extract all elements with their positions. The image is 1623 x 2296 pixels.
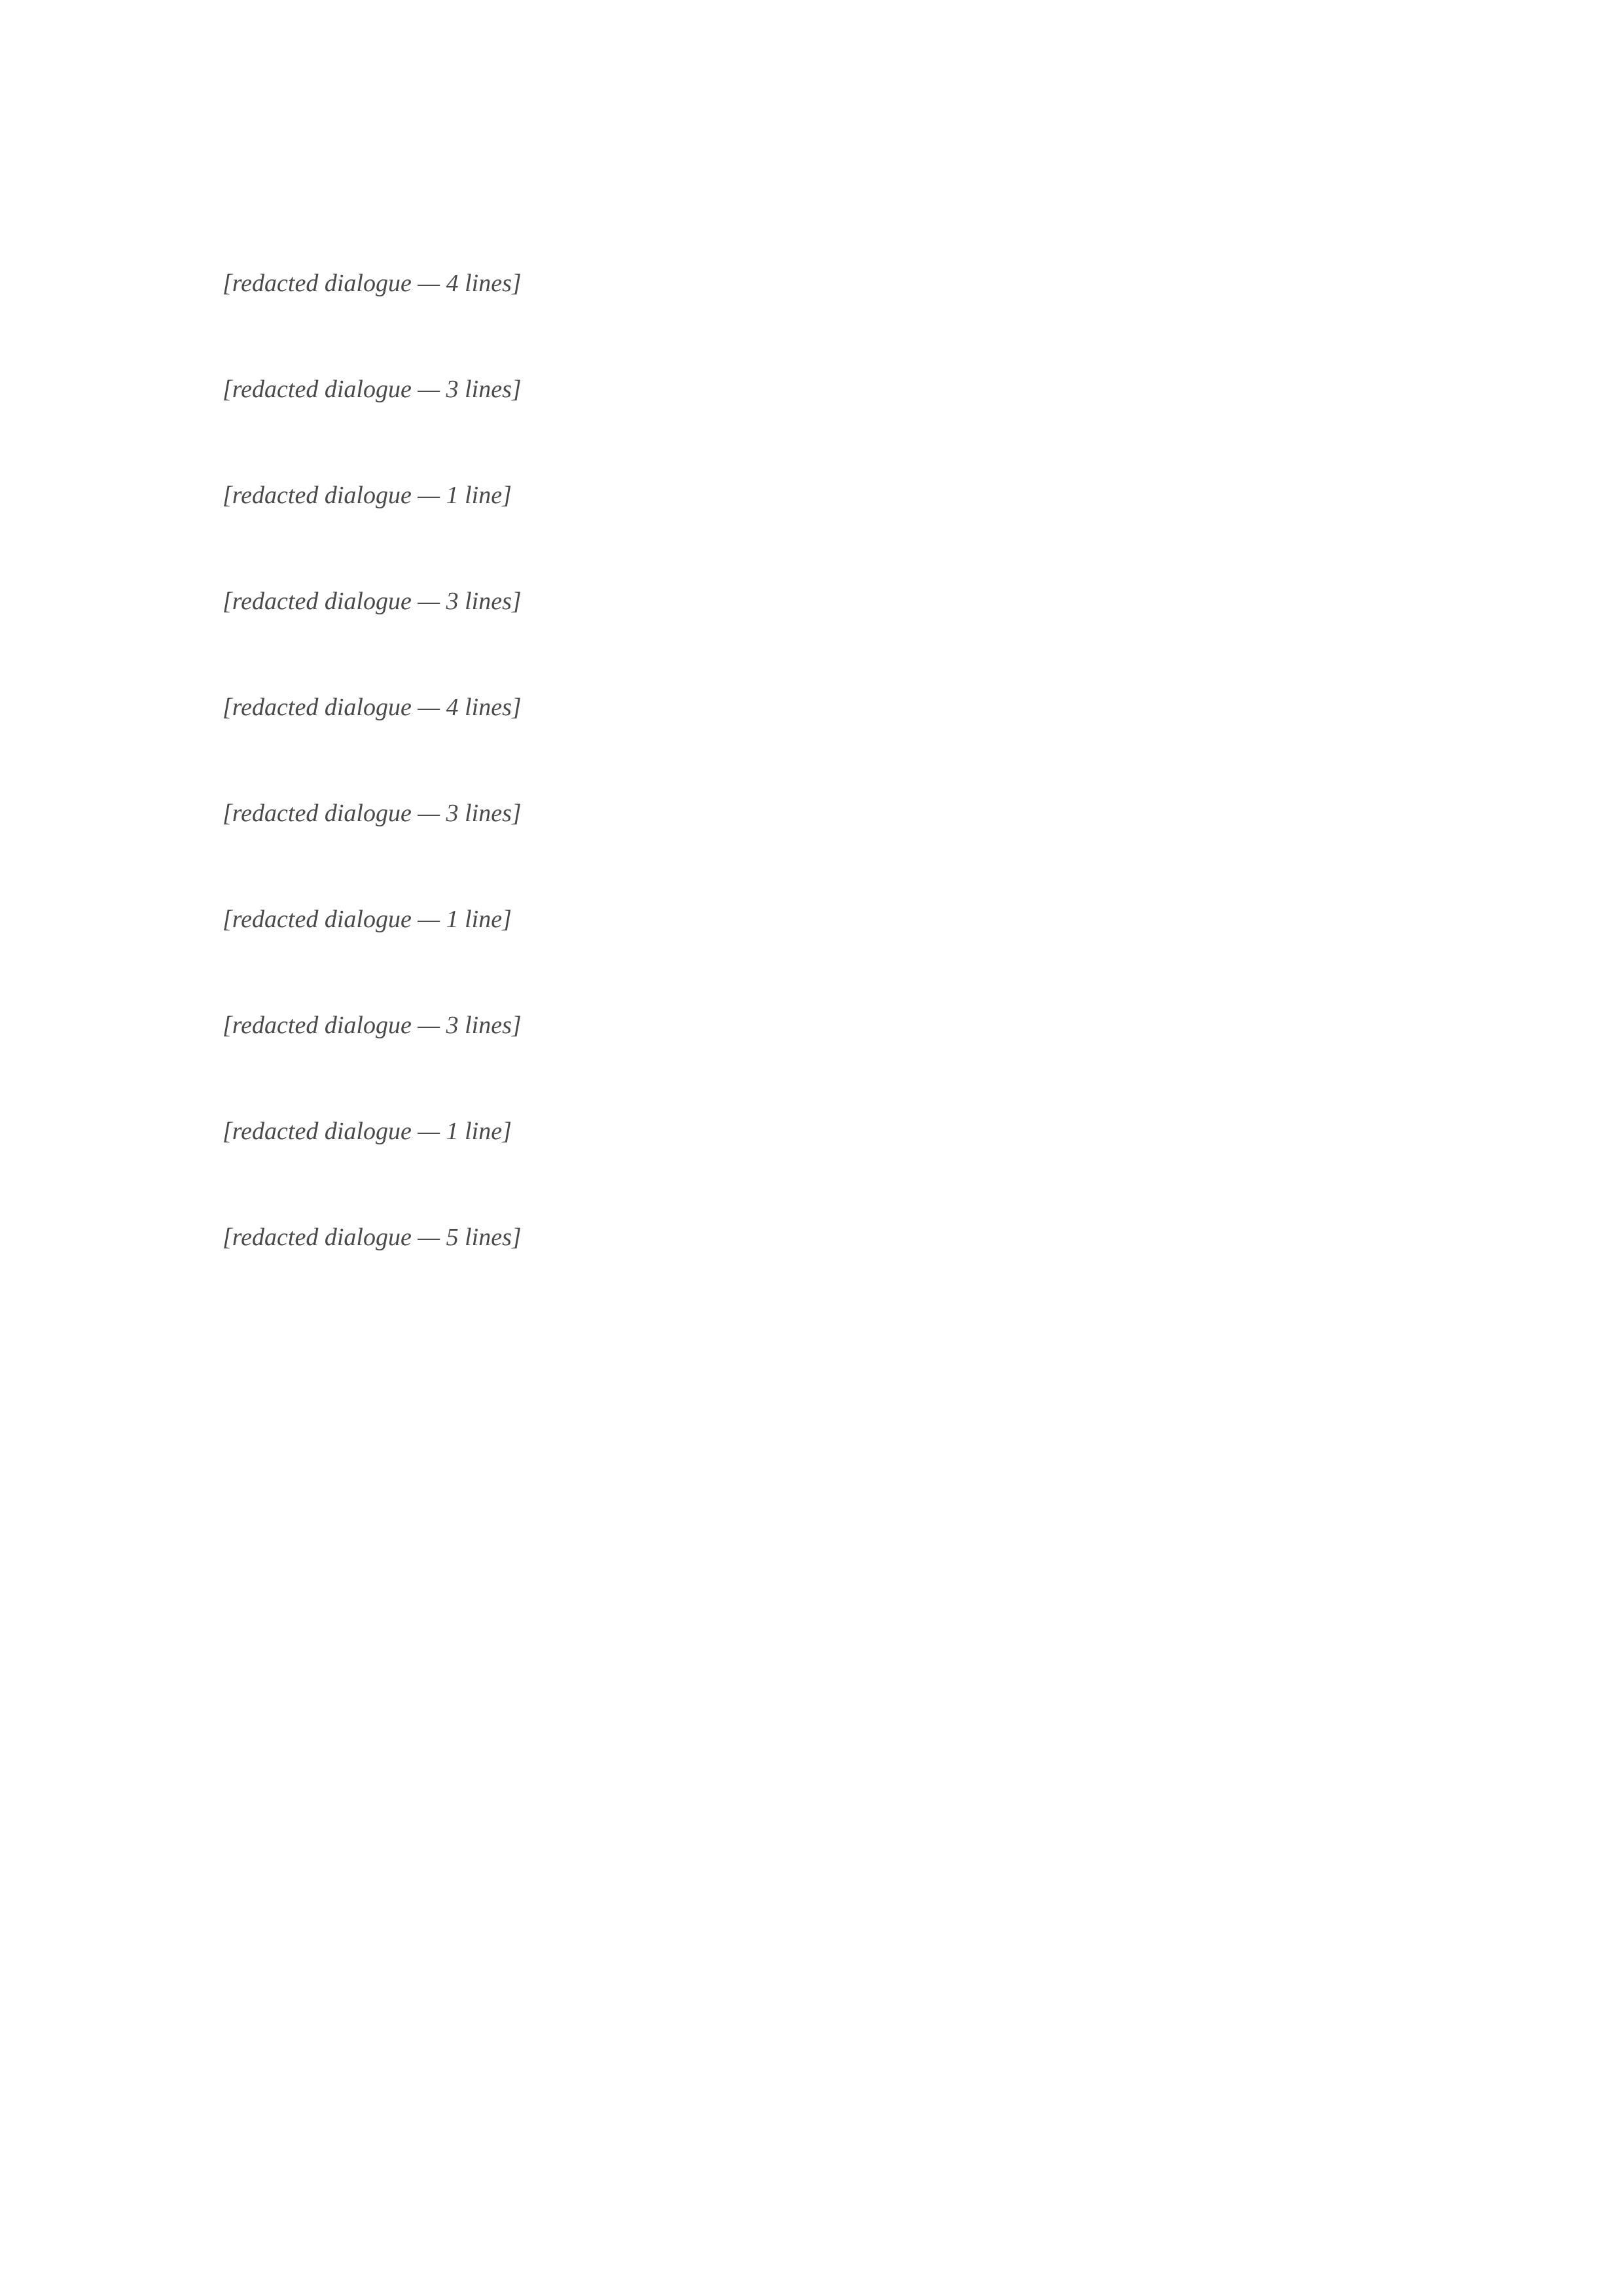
dialogue-line: [redacted dialogue — 3 lines] [223, 580, 1400, 623]
dialogue-blocks: [redacted dialogue — 4 lines][redacted d… [223, 262, 1400, 1259]
dialogue-block: [redacted dialogue — 5 lines] [223, 1216, 1400, 1259]
document-page: [redacted dialogue — 4 lines][redacted d… [0, 0, 1623, 2296]
dialogue-line: [redacted dialogue — 4 lines] [223, 262, 1400, 305]
dialogue-block: [redacted dialogue — 3 lines] [223, 1004, 1400, 1047]
dialogue-block: [redacted dialogue — 1 line] [223, 474, 1400, 517]
dialogue-line: [redacted dialogue — 1 line] [223, 474, 1400, 517]
dialogue-line: [redacted dialogue — 5 lines] [223, 1216, 1400, 1259]
dialogue-block: [redacted dialogue — 3 lines] [223, 792, 1400, 835]
dialogue-block: [redacted dialogue — 4 lines] [223, 262, 1400, 305]
dialogue-block: [redacted dialogue — 1 line] [223, 898, 1400, 941]
dialogue-block: [redacted dialogue — 3 lines] [223, 580, 1400, 623]
dialogue-line: [redacted dialogue — 4 lines] [223, 686, 1400, 729]
dialogue-line: [redacted dialogue — 3 lines] [223, 792, 1400, 835]
dialogue-line: [redacted dialogue — 1 line] [223, 898, 1400, 941]
dialogue-line: [redacted dialogue — 3 lines] [223, 368, 1400, 411]
dialogue-line: [redacted dialogue — 1 line] [223, 1110, 1400, 1153]
dialogue-block: [redacted dialogue — 3 lines] [223, 368, 1400, 411]
dialogue-line: [redacted dialogue — 3 lines] [223, 1004, 1400, 1047]
dialogue-block: [redacted dialogue — 1 line] [223, 1110, 1400, 1153]
dialogue-block: [redacted dialogue — 4 lines] [223, 686, 1400, 729]
